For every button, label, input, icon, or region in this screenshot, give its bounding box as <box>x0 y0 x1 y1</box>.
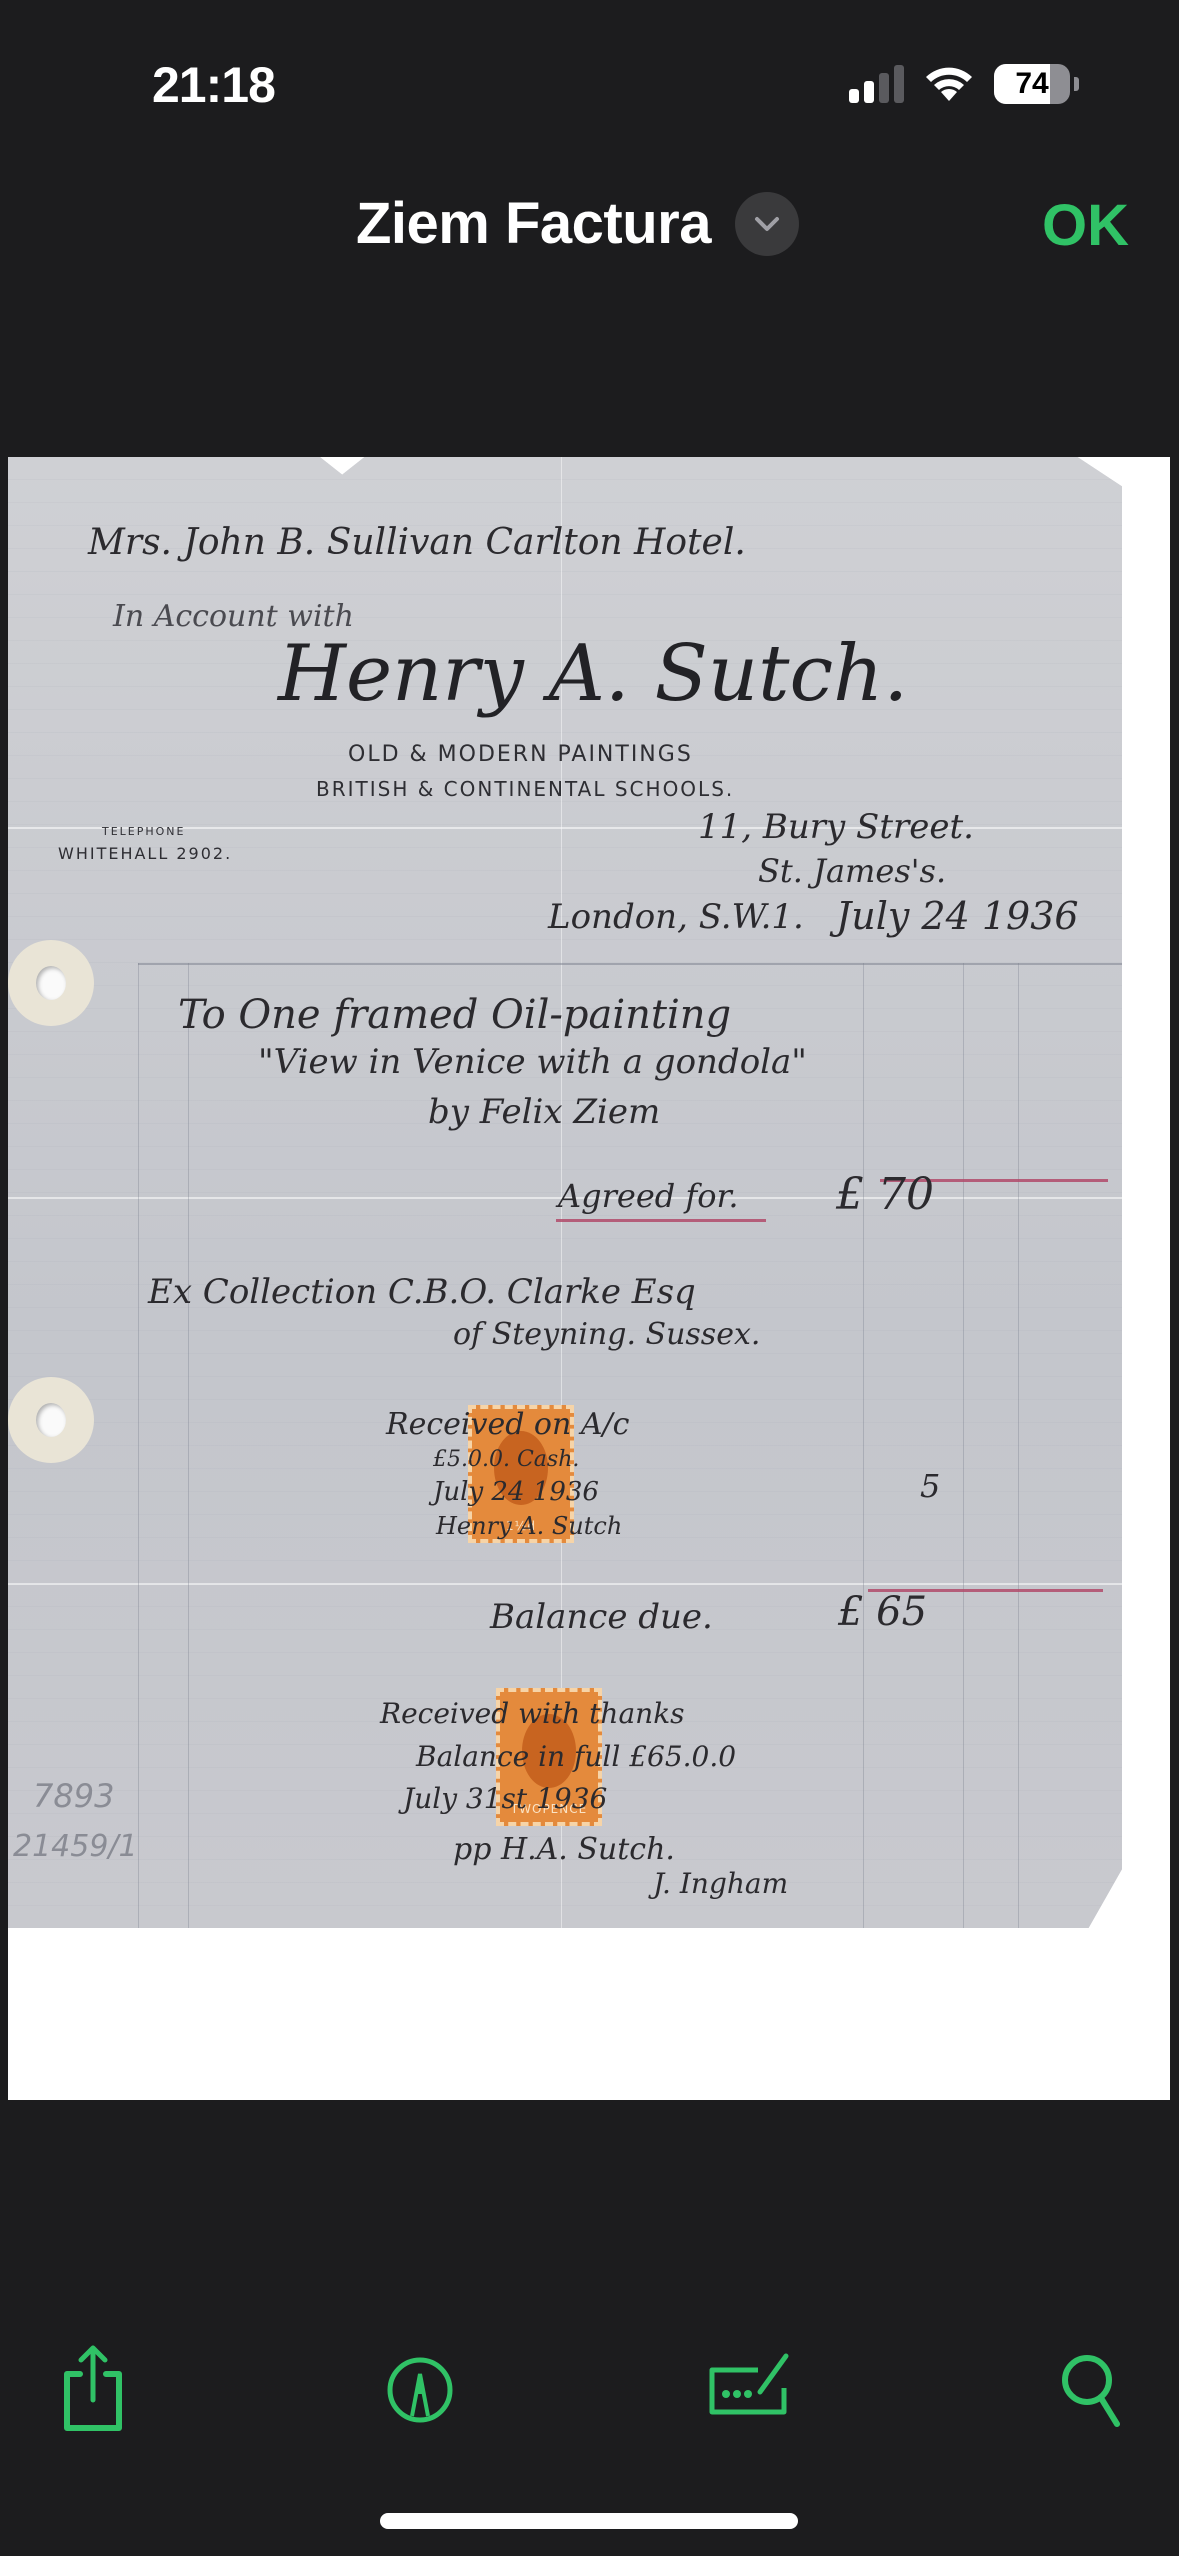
item-line-3: by Felix Ziem <box>428 1092 660 1132</box>
address-district: St. James's. <box>758 852 946 890</box>
telephone-label: TELEPHONE <box>102 825 186 838</box>
balance-label: Balance due. <box>490 1597 713 1637</box>
invoice-page: Mrs. John B. Sullivan Carlton Hotel. In … <box>8 457 1122 1928</box>
receipt-1-line-3: July 24 1936 <box>433 1477 599 1507</box>
status-icons: 74 <box>849 64 1079 104</box>
chevron-down-icon[interactable] <box>735 192 799 256</box>
provenance-line-1: Ex Collection C.B.O. Clarke Esq <box>148 1272 696 1312</box>
receipt-2-line-1: Received with thanks <box>380 1697 685 1730</box>
punch-hole <box>8 1377 94 1463</box>
item-line-1: To One framed Oil-painting <box>178 992 731 1038</box>
receipt-2-line-2: Balance in full £65.0.0 <box>416 1740 736 1773</box>
home-indicator[interactable] <box>380 2513 798 2529</box>
document-preview[interactable]: Mrs. John B. Sullivan Carlton Hotel. In … <box>8 457 1170 2100</box>
pencil-note-1: 7893 <box>33 1777 114 1815</box>
battery-percent: 74 <box>1015 67 1048 101</box>
status-time: 21:18 <box>152 56 275 114</box>
wifi-icon <box>924 65 974 103</box>
share-icon <box>53 2340 133 2440</box>
signature-button[interactable] <box>700 2340 800 2440</box>
receipt-1-line-1: Received on A/c <box>386 1407 629 1442</box>
agreed-label: Agreed for. <box>558 1177 738 1215</box>
receipt-1-line-4: Henry A. Sutch <box>436 1512 622 1540</box>
search-button[interactable] <box>1045 2340 1145 2440</box>
bottom-toolbar <box>0 2320 1179 2460</box>
customer-line: Mrs. John B. Sullivan Carlton Hotel. <box>88 522 746 563</box>
agreed-amount: £ 70 <box>836 1169 934 1220</box>
receipt-1-line-2: £5.0.0. Cash. <box>433 1447 579 1472</box>
markup-button[interactable] <box>370 2340 470 2440</box>
tagline-paintings: OLD & MODERN PAINTINGS <box>348 742 693 767</box>
receipt-2-line-5: J. Ingham <box>653 1867 788 1900</box>
cellular-signal-icon <box>849 65 904 103</box>
punch-hole <box>8 940 94 1026</box>
telephone-number: WHITEHALL 2902. <box>58 844 232 863</box>
pencil-note-2: 21459/1 <box>13 1829 138 1864</box>
navigation-bar: Ziem Factura OK <box>0 180 1179 270</box>
document-title: Ziem Factura <box>356 190 711 257</box>
battery-icon: 74 <box>994 64 1070 104</box>
merchant-name: Henry A. Sutch. <box>278 629 908 719</box>
item-line-2: "View in Venice with a gondola" <box>258 1042 807 1082</box>
search-icon <box>1055 2350 1135 2430</box>
receipt-2-line-3: July 31st 1936 <box>403 1782 607 1815</box>
ok-button[interactable]: OK <box>1042 192 1129 259</box>
provenance-line-2: of Steyning. Sussex. <box>453 1317 760 1352</box>
receipt-2-line-4: pp H.A. Sutch. <box>453 1832 675 1867</box>
payment-amount: 5 <box>920 1467 940 1505</box>
battery-cap <box>1074 77 1079 91</box>
address-street: 11, Bury Street. <box>698 807 974 847</box>
balance-amount: £ 65 <box>838 1589 927 1635</box>
invoice-date: July 24 1936 <box>836 894 1079 938</box>
document-title-menu[interactable]: Ziem Factura <box>356 190 799 257</box>
markup-pen-icon <box>380 2350 460 2430</box>
status-bar: 21:18 74 <box>0 0 1179 150</box>
address-city: London, S.W.1. <box>548 897 804 937</box>
share-button[interactable] <box>43 2340 143 2440</box>
tagline-schools: BRITISH & CONTINENTAL SCHOOLS. <box>316 777 734 801</box>
signature-icon <box>700 2350 800 2430</box>
